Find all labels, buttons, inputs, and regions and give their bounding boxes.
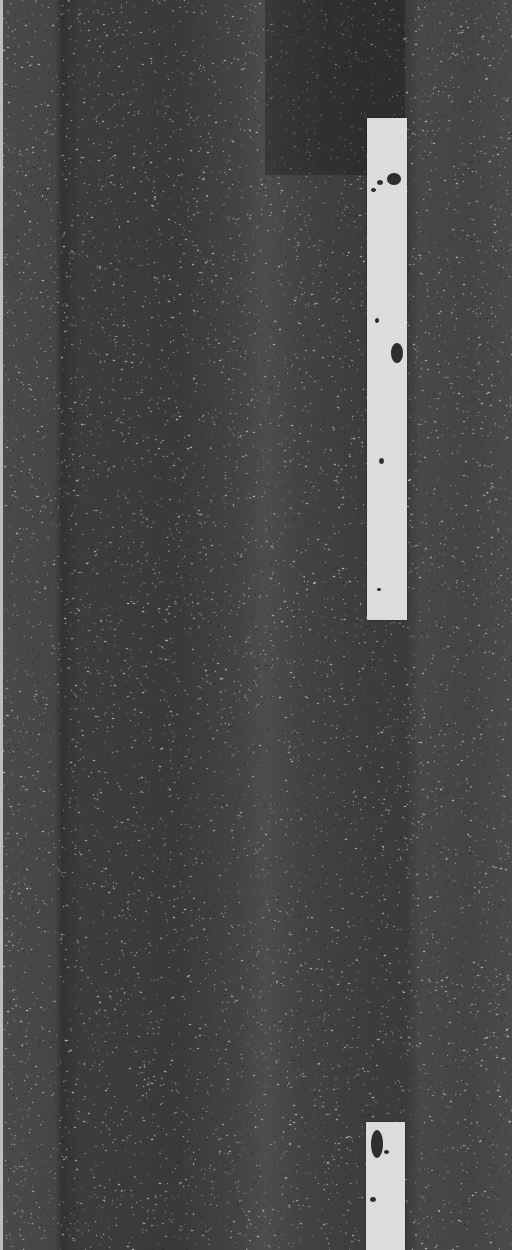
stain — [379, 458, 384, 464]
stain — [377, 588, 381, 591]
stain — [391, 343, 403, 363]
stain — [375, 318, 379, 323]
stain — [384, 1150, 389, 1154]
asphalt-texture — [0, 0, 512, 1250]
stain — [371, 1130, 383, 1158]
stain — [377, 180, 383, 185]
lane-dash-1: worn, dark stains near top and middle — [367, 118, 407, 620]
stain — [371, 188, 376, 192]
stain — [387, 173, 401, 185]
lane-dash-2: worn, dark stains near top, continues pa… — [366, 1122, 405, 1250]
stain — [370, 1197, 376, 1202]
image-edge-strip — [0, 0, 3, 1250]
road-surface: worn, dark stains near top and middle wo… — [0, 0, 512, 1250]
